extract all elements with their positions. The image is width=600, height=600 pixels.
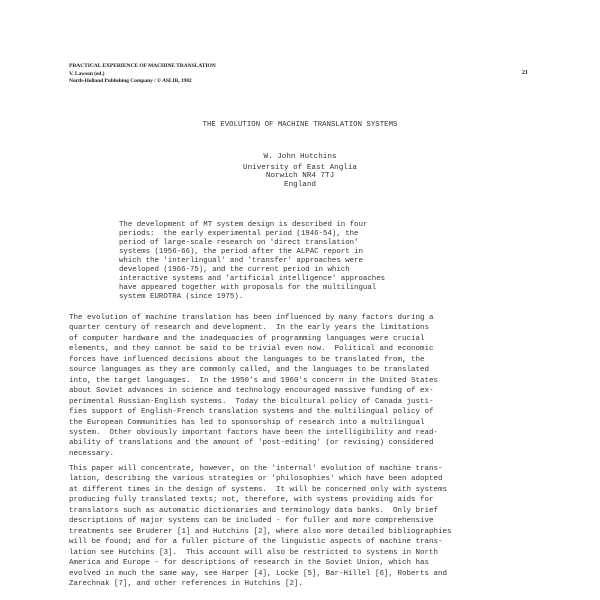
affiliation-line: University of East Anglia	[0, 164, 600, 173]
abstract-line: which the 'interlingual' and 'transfer' …	[119, 257, 385, 266]
publisher-line: North-Holland Publishing Company / © ASL…	[69, 78, 216, 86]
body-line: fies support of English-French translati…	[69, 407, 438, 417]
body-line: quarter century of research and developm…	[69, 323, 438, 333]
body-line: treatments see Bruderer [1] and Hutchins…	[69, 527, 452, 537]
body-line: producing fully translated texts; not, t…	[69, 495, 452, 505]
body-line: ability of translations and the amount o…	[69, 438, 438, 448]
body-line: elements, and they cannot be said to be …	[69, 344, 438, 354]
paper-title: THE EVOLUTION OF MACHINE TRANSLATION SYS…	[0, 121, 600, 129]
body-line: source languages as they are commonly ca…	[69, 365, 438, 375]
body-line: of computer hardware and the inadequacie…	[69, 334, 438, 344]
body-line: system. Other obviously important factor…	[69, 428, 438, 438]
document-page: PRACTICAL EXPERIENCE OF MACHINE TRANSLAT…	[0, 0, 600, 600]
body-line: lation see Hutchins [3]. This account wi…	[69, 548, 452, 558]
book-title: PRACTICAL EXPERIENCE OF MACHINE TRANSLAT…	[69, 63, 216, 71]
abstract-line: systems (1956-66), the period after the …	[119, 248, 385, 257]
body-line: lation, describing the various strategie…	[69, 474, 452, 484]
body-line: evolved in much the same way, see Harper…	[69, 569, 452, 579]
abstract-line: periods: the early experimental period (…	[119, 230, 385, 239]
body-line: forces have influenced decisions about t…	[69, 355, 438, 365]
body-line: the European Communities has led to spon…	[69, 418, 438, 428]
author-name: W. John Hutchins	[0, 153, 600, 162]
body-line: translators such as automatic dictionari…	[69, 506, 452, 516]
running-header: PRACTICAL EXPERIENCE OF MACHINE TRANSLAT…	[69, 63, 216, 86]
body-line: about Soviet advances in science and tec…	[69, 386, 438, 396]
abstract-line: period of large-scale research on 'direc…	[119, 239, 385, 248]
body-line: necessary.	[69, 449, 438, 459]
abstract-line: The development of MT system design is d…	[119, 221, 385, 230]
abstract: The development of MT system design is d…	[119, 221, 385, 302]
body-line: The evolution of machine translation has…	[69, 313, 438, 323]
author-block: W. John Hutchins University of East Angl…	[0, 153, 600, 190]
affiliation-line: Norwich NR4 7TJ	[0, 172, 600, 181]
body-line: America and Europe - for descriptions of…	[69, 558, 452, 568]
abstract-line: developed (1966-75), and the current per…	[119, 266, 385, 275]
affiliation-line: England	[0, 181, 600, 190]
body-paragraph-1: The evolution of machine translation has…	[69, 313, 438, 459]
page-number: 21	[522, 70, 528, 76]
abstract-line: system EUROTRA (since 1975).	[119, 293, 385, 302]
body-line: into, the target languages. In the 1950'…	[69, 376, 438, 386]
body-paragraph-2: This paper will concentrate, however, on…	[69, 464, 452, 589]
body-line: will be found; and for a fuller picture …	[69, 537, 452, 547]
body-line: Zarechnak [7], and other references in H…	[69, 579, 452, 589]
abstract-line: have appeared together with proposals fo…	[119, 284, 385, 293]
abstract-line: interactive systems and 'artificial inte…	[119, 275, 385, 284]
body-line: perimental Russian-English systems. Toda…	[69, 397, 438, 407]
body-line: This paper will concentrate, however, on…	[69, 464, 452, 474]
body-line: at different times in the design of syst…	[69, 485, 452, 495]
body-line: descriptions of major systems can be inc…	[69, 516, 452, 526]
